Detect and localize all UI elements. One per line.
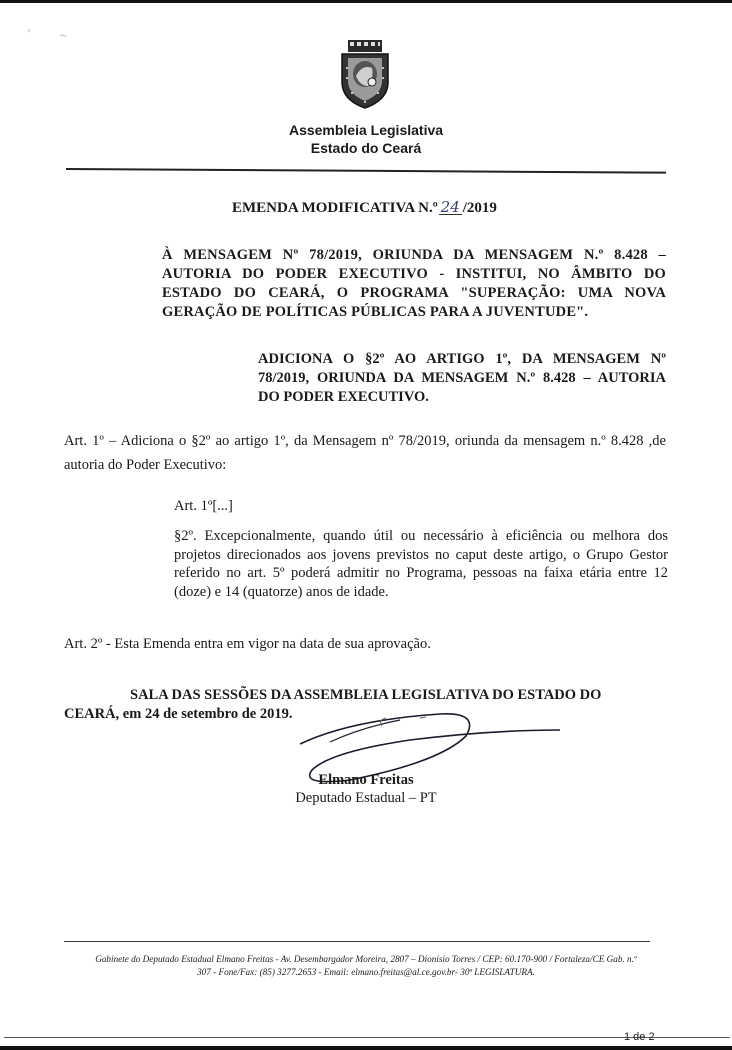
- footer-address: Gabinete do Deputado Estadual Elmano Fre…: [56, 953, 676, 966]
- footer-contact: 307 - Fone/Fax: (85) 3277.2653 - Email: …: [56, 966, 676, 979]
- amendment-subject: ADICIONA O §2º AO ARTIGO 1º, DA MENSAGEM…: [258, 350, 666, 407]
- scan-specks: [26, 26, 76, 40]
- subject-line: 78/2019, ORIUNDA DA MENSAGEM N.º 8.428 –…: [258, 369, 666, 388]
- signer-name: Elmano Freitas: [0, 772, 732, 789]
- ementa-line: GERAÇÃO DE POLÍTICAS PÚBLICAS PARA A JUV…: [162, 303, 666, 322]
- subject-line: ADICIONA O §2º AO ARTIGO 1º, DA MENSAGEM…: [258, 350, 666, 369]
- page-indicator: 1 de 2: [624, 1031, 655, 1043]
- ceara-coat-of-arms-icon: [338, 38, 392, 110]
- handwritten-amendment-number: 24: [439, 200, 462, 215]
- ementa-summary: À MENSAGEM Nº 78/2019, ORIUNDA DA MENSAG…: [162, 246, 666, 322]
- scan-top-border: [0, 0, 732, 3]
- institution-name: Assembleia Legislativa: [0, 122, 732, 138]
- subject-line: DO PODER EXECUTIVO.: [258, 388, 666, 407]
- article-2: Art. 2º - Esta Emenda entra em vigor na …: [64, 632, 431, 656]
- paragraph-2-line: §2º. Excepcionalmente, quando útil ou ne…: [174, 527, 668, 546]
- paragraph-2: §2º. Excepcionalmente, quando útil ou ne…: [174, 527, 668, 601]
- footer-divider: [64, 941, 650, 942]
- article-1-line: Art. 1º – Adiciona o §2º ao artigo 1º, d…: [64, 429, 666, 453]
- paragraph-2-line: projetos direcionados aos jovens previst…: [174, 546, 668, 565]
- scan-bottom-border: [0, 1046, 732, 1050]
- article-1: Art. 1º – Adiciona o §2º ao artigo 1º, d…: [64, 429, 666, 477]
- article-1-line: autoria do Poder Executivo:: [64, 453, 666, 477]
- institution-state: Estado do Ceará: [0, 140, 732, 156]
- ementa-line: À MENSAGEM Nº 78/2019, ORIUNDA DA MENSAG…: [162, 246, 666, 265]
- signer-role: Deputado Estadual – PT: [0, 790, 732, 807]
- paragraph-2-line: referido no art. 5º poderá admitir no Pr…: [174, 564, 668, 583]
- article-1-reference: Art. 1º[...]: [174, 494, 233, 518]
- ementa-line: AUTORIA DO PODER EXECUTIVO - INSTITUI, N…: [162, 265, 666, 284]
- paragraph-2-line: (doze) e 14 (quatorze) anos de idade.: [174, 583, 668, 602]
- header-divider: [66, 168, 666, 174]
- title-suffix: /2019: [463, 200, 497, 216]
- title-prefix: EMENDA MODIFICATIVA N.º: [232, 200, 438, 216]
- ementa-line: ESTADO DO CEARÁ, O PROGRAMA "SUPERAÇÃO: …: [162, 284, 666, 303]
- page-divider: [4, 1037, 730, 1038]
- document-title: EMENDA MODIFICATIVA N.º24/2019: [232, 200, 497, 217]
